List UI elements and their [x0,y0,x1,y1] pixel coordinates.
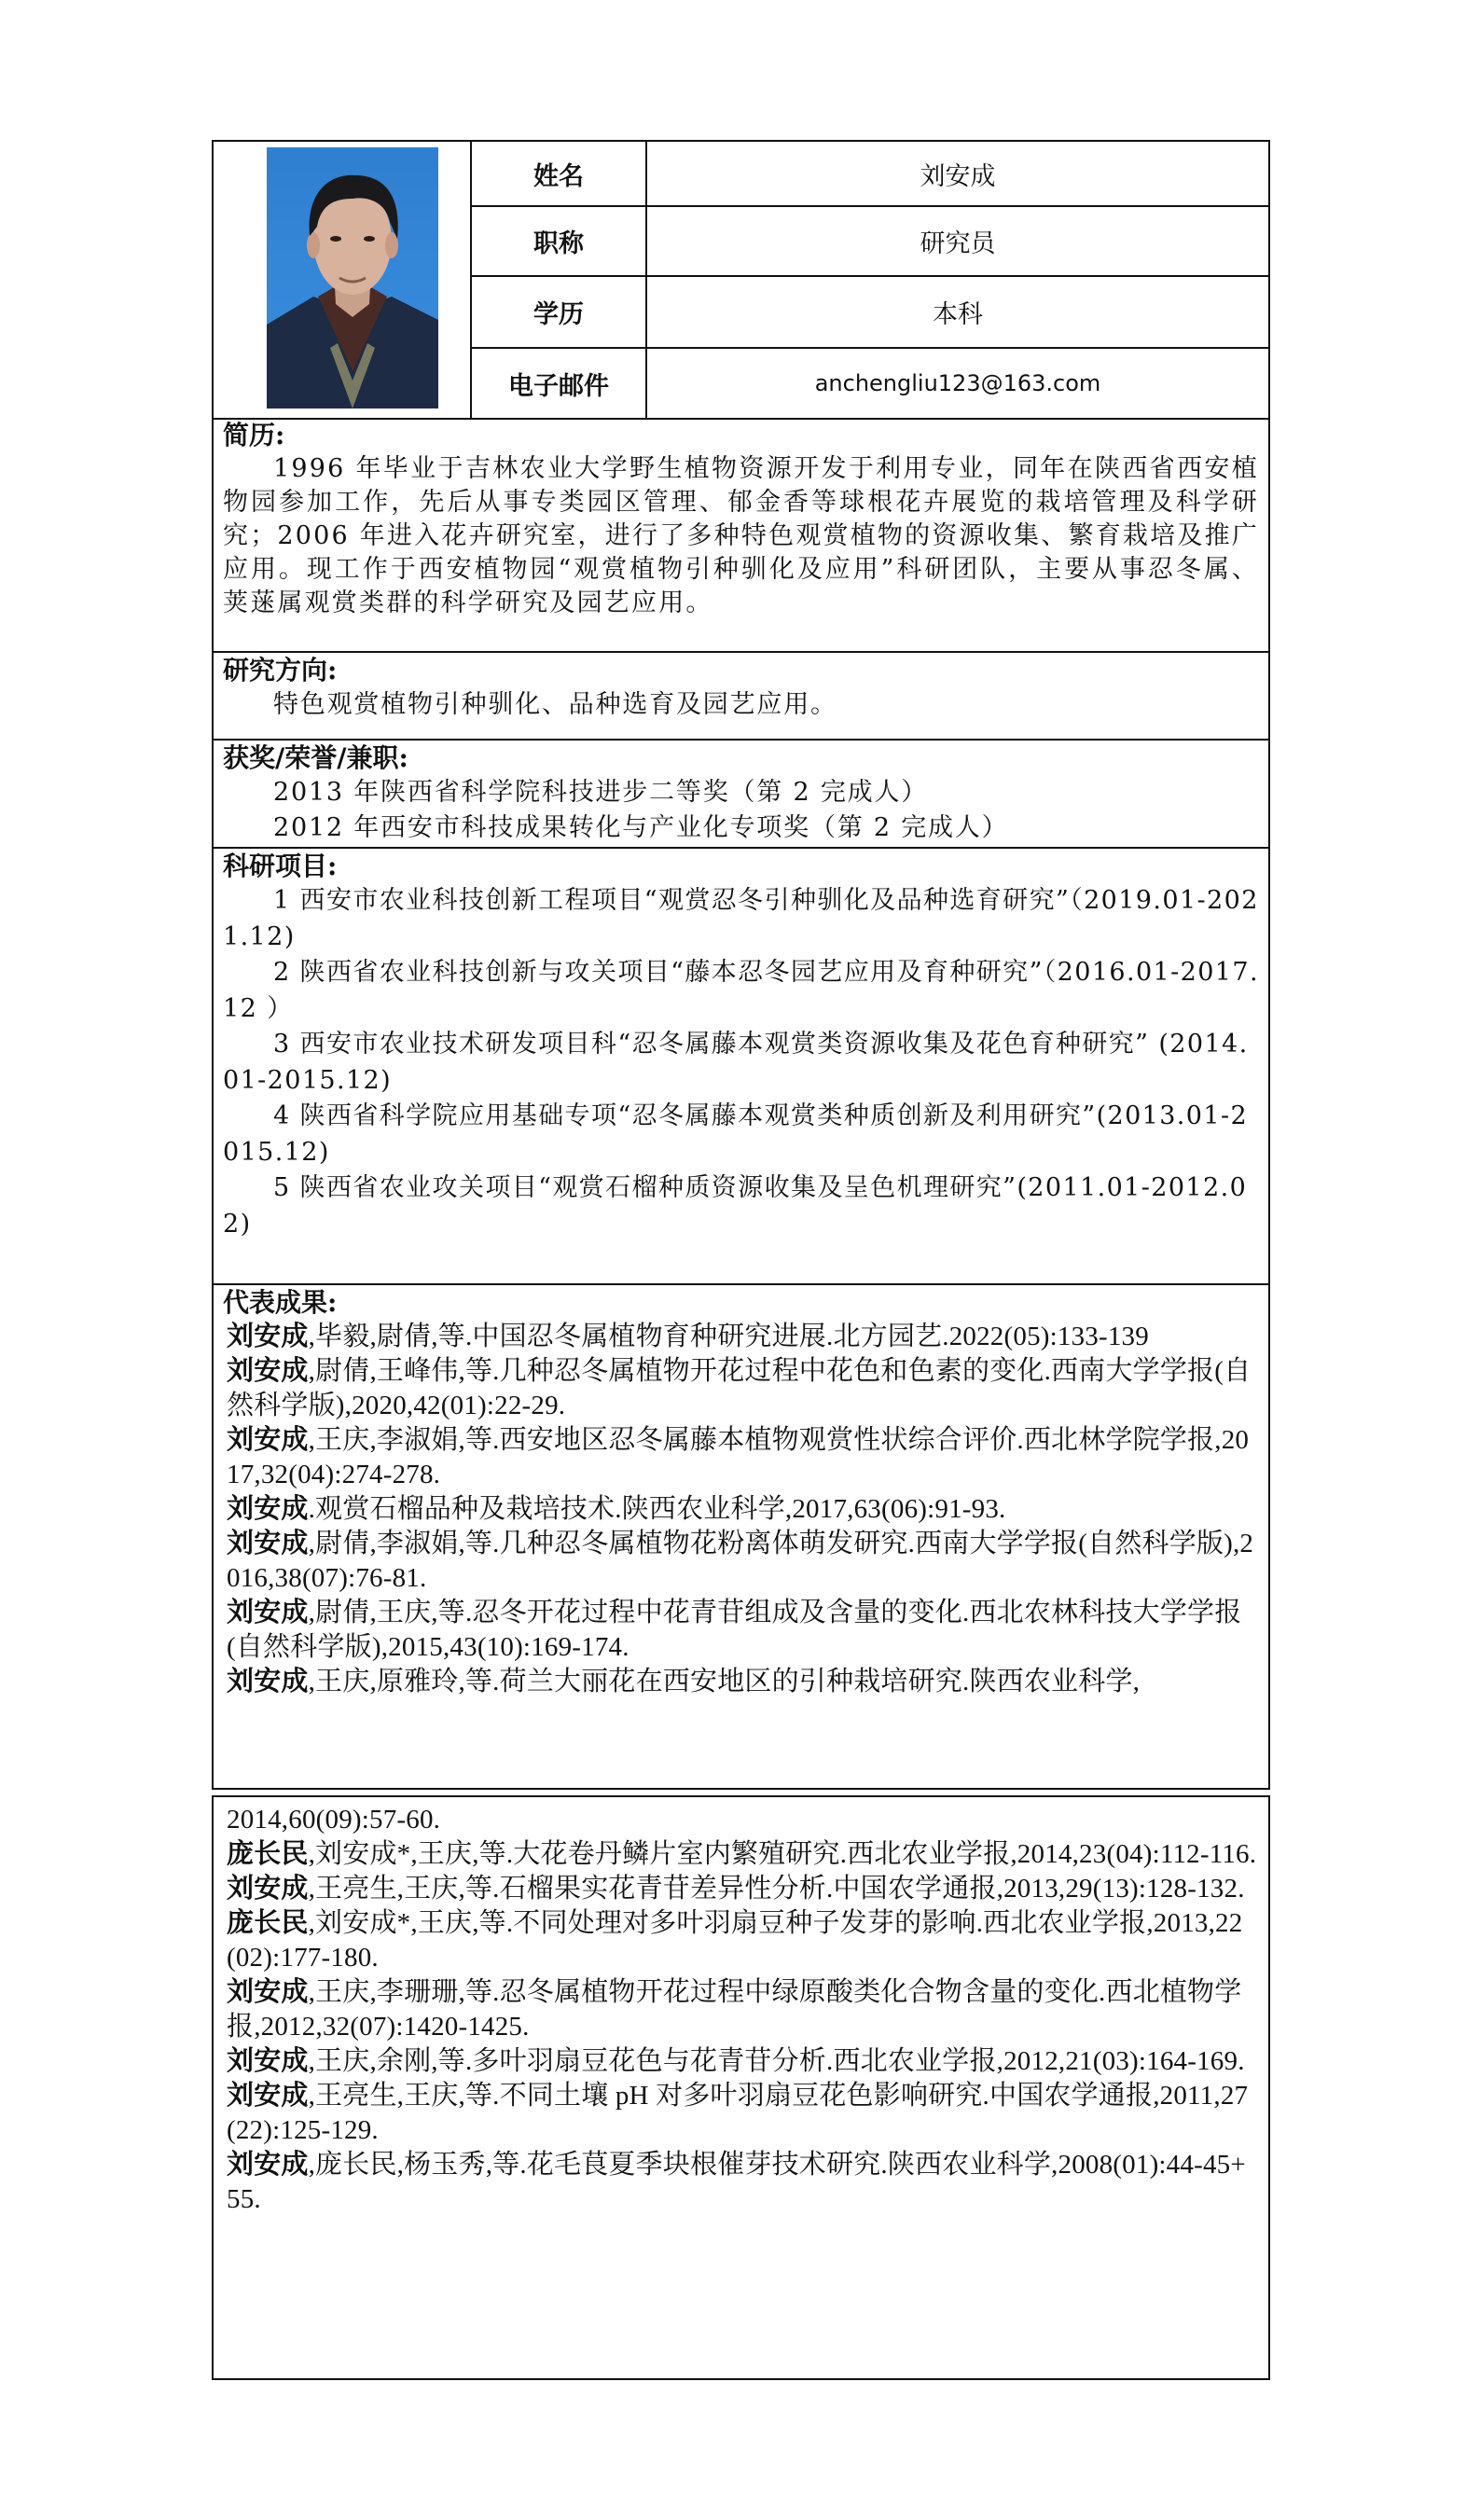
profile-header: 姓名 职称 学历 电子邮件 刘安成 研究员 本科 anchengliu123@1… [214,142,1268,420]
profile-table-page1: 姓名 职称 学历 电子邮件 刘安成 研究员 本科 anchengliu123@1… [212,140,1270,1790]
publication-lead-author: 刘安成 [227,1494,309,1524]
publication-item: 刘安成,尉倩,王峰伟,等.几种忍冬属植物开花过程中花色和色素的变化.西南大学学报… [223,1354,1259,1423]
publication-continuation: 2014,60(09):57-60. [223,1803,1259,1837]
publication-citation: ,尉倩,李淑娟,等.几种忍冬属植物花粉离体萌发研究.西南大学学报(自然科学版),… [227,1529,1253,1593]
portrait-image [267,147,438,408]
publication-item: 庞长民,刘安成*,王庆,等.不同处理对多叶羽扇豆种子发芽的影响.西北农业学报,2… [223,1906,1259,1975]
publication-lead-author: 刘安成 [227,1977,309,2007]
publications-continued: 2014,60(09):57-60. 庞长民,刘安成*,王庆,等.大花卷丹鳞片室… [214,1803,1268,2372]
publication-lead-author: 刘安成 [227,1874,309,1904]
publication-citation: ,王庆,原雅玲,等.荷兰大丽花在西安地区的引种栽培研究.陕西农业科学, [309,1667,1141,1696]
bio-text: 1996 年毕业于吉林农业大学野生植物资源开发于利用专业，同年在陕西省西安植物园… [223,452,1259,620]
label-education: 学历 [472,277,645,349]
awards-title: 获奖/荣誉/兼职: [223,741,1259,775]
publications-title: 代表成果: [223,1286,1259,1320]
publication-citation: ,王庆,李珊珊,等.忍冬属植物开花过程中绿原酸类化合物含量的变化.西北植物学报,… [227,1977,1241,2042]
projects-title: 科研项目: [223,850,1259,883]
publication-lead-author: 庞长民 [227,1908,309,1938]
publication-lead-author: 刘安成 [227,1529,309,1558]
value-email[interactable]: anchengliu123@163.com [647,349,1268,418]
value-education: 本科 [647,277,1268,349]
award-item: 2012 年西安市科技成果转化与产业化专项奖（第 2 完成人） [223,810,1259,846]
bio-title: 简历: [223,419,1259,452]
publication-citation: ,庞长民,杨玉秀,等.花毛茛夏季块根催芽技术研究.陕西农业科学,2008(01)… [227,2150,1246,2214]
label-title: 职称 [472,207,645,277]
publication-lead-author: 刘安成 [227,1356,309,1386]
publication-item: 庞长民,刘安成*,王庆,等.大花卷丹鳞片室内繁殖研究.西北农业学报,2014,2… [223,1837,1259,1872]
publication-lead-author: 刘安成 [227,2150,309,2180]
publication-lead-author: 刘安成 [227,1322,309,1351]
publication-lead-author: 庞长民 [227,1839,309,1869]
field-labels: 姓名 职称 学历 电子邮件 [472,142,647,418]
research-title: 研究方向: [223,654,1259,687]
publication-item: 刘安成,王庆,李珊珊,等.忍冬属植物开花过程中绿原酸类化合物含量的变化.西北植物… [223,1975,1259,2044]
awards-section: 获奖/荣誉/兼职: 2013 年陕西省科学院科技进步二等奖（第 2 完成人） 2… [214,741,1268,849]
publications-section: 代表成果: 刘安成,毕毅,尉倩,等.中国忍冬属植物育种研究进展.北方园艺.202… [214,1285,1268,1788]
award-item: 2013 年陕西省科学院科技进步二等奖（第 2 完成人） [223,775,1259,810]
value-name: 刘安成 [647,142,1268,207]
publication-citation: ,刘安成*,王庆,等.大花卷丹鳞片室内繁殖研究.西北农业学报,2014,23(0… [309,1839,1257,1869]
publication-item: 刘安成,王亮生,王庆,等.不同土壤 pH 对多叶羽扇豆花色影响研究.中国农学通报… [223,2079,1259,2148]
publication-lead-author: 刘安成 [227,1667,309,1696]
field-values: 刘安成 研究员 本科 anchengliu123@163.com [647,142,1268,418]
profile-table-page2: 2014,60(09):57-60. 庞长民,刘安成*,王庆,等.大花卷丹鳞片室… [212,1795,1270,2380]
publication-citation: ,毕毅,尉倩,等.中国忍冬属植物育种研究进展.北方园艺.2022(05):133… [309,1322,1149,1351]
publication-citation: ,王亮生,王庆,等.不同土壤 pH 对多叶羽扇豆花色影响研究.中国农学通报,20… [227,2081,1248,2145]
publication-citation: .观赏石榴品种及栽培技术.陕西农业科学,2017,63(06):91-93. [309,1494,1006,1524]
label-name: 姓名 [472,142,645,207]
project-item: 1 西安市农业科技创新工程项目“观赏忍冬引种驯化及品种选育研究”（2019.01… [223,883,1259,955]
project-item: 5 陕西省农业攻关项目“观赏石榴种质资源收集及呈色机理研究”(2011.01-2… [223,1170,1259,1242]
bio-section: 简历: 1996 年毕业于吉林农业大学野生植物资源开发于利用专业，同年在陕西省西… [214,418,1268,653]
project-item: 4 陕西省科学院应用基础专项“忍冬属藤本观赏类种质创新及利用研究”(2013.0… [223,1099,1259,1170]
photo-cell [214,142,472,418]
publication-item: 刘安成,尉倩,李淑娟,等.几种忍冬属植物花粉离体萌发研究.西南大学学报(自然科学… [223,1527,1259,1596]
publication-citation: ,尉倩,王峰伟,等.几种忍冬属植物开花过程中花色和色素的变化.西南大学学报(自然… [227,1356,1251,1420]
publication-citation: ,王庆,余刚,等.多叶羽扇豆花色与花青苷分析.西北农业学报,2012,21(03… [309,2046,1245,2076]
publication-item: 刘安成.观赏石榴品种及栽培技术.陕西农业科学,2017,63(06):91-93… [223,1492,1259,1527]
publication-citation: ,王庆,李淑娟,等.西安地区忍冬属藤本植物观赏性状综合评价.西北林学院学报,20… [227,1425,1249,1489]
profile-photo [267,147,438,408]
projects-section: 科研项目: 1 西安市农业科技创新工程项目“观赏忍冬引种驯化及品种选育研究”（2… [214,849,1268,1285]
research-section: 研究方向: 特色观赏植物引种驯化、品种选育及园艺应用。 [214,653,1268,741]
project-item: 3 西安市农业技术研发项目科“忍冬属藤本观赏类资源收集及花色育种研究” (201… [223,1027,1259,1099]
publication-lead-author: 刘安成 [227,2081,309,2111]
publication-item: 刘安成,毕毅,尉倩,等.中国忍冬属植物育种研究进展.北方园艺.2022(05):… [223,1320,1259,1354]
label-email: 电子邮件 [472,349,645,418]
publication-item: 刘安成,王庆,原雅玲,等.荷兰大丽花在西安地区的引种栽培研究.陕西农业科学, [223,1665,1259,1699]
publication-lead-author: 刘安成 [227,1425,309,1455]
publication-item: 刘安成,尉倩,王庆,等.忍冬开花过程中花青苷组成及含量的变化.西北农林科技大学学… [223,1596,1259,1665]
publication-citation: ,刘安成*,王庆,等.不同处理对多叶羽扇豆种子发芽的影响.西北农业学报,2013… [227,1908,1242,1973]
publication-item: 刘安成,王庆,李淑娟,等.西安地区忍冬属藤本植物观赏性状综合评价.西北林学院学报… [223,1423,1259,1492]
publication-lead-author: 刘安成 [227,1598,309,1627]
research-text: 特色观赏植物引种驯化、品种选育及园艺应用。 [223,687,1259,723]
project-item: 2 陕西省农业科技创新与攻关项目“藤本忍冬园艺应用及育种研究”（2016.01-… [223,955,1259,1027]
publication-item: 刘安成,王庆,余刚,等.多叶羽扇豆花色与花青苷分析.西北农业学报,2012,21… [223,2044,1259,2079]
value-title: 研究员 [647,207,1268,277]
publication-citation: ,尉倩,王庆,等.忍冬开花过程中花青苷组成及含量的变化.西北农林科技大学学报(自… [227,1598,1241,1662]
publication-lead-author: 刘安成 [227,2046,309,2076]
publication-citation: ,王亮生,王庆,等.石榴果实花青苷差异性分析.中国农学通报,2013,29(13… [309,1874,1245,1904]
publication-item: 刘安成,庞长民,杨玉秀,等.花毛茛夏季块根催芽技术研究.陕西农业科学,2008(… [223,2148,1259,2217]
publication-item: 刘安成,王亮生,王庆,等.石榴果实花青苷差异性分析.中国农学通报,2013,29… [223,1872,1259,1906]
